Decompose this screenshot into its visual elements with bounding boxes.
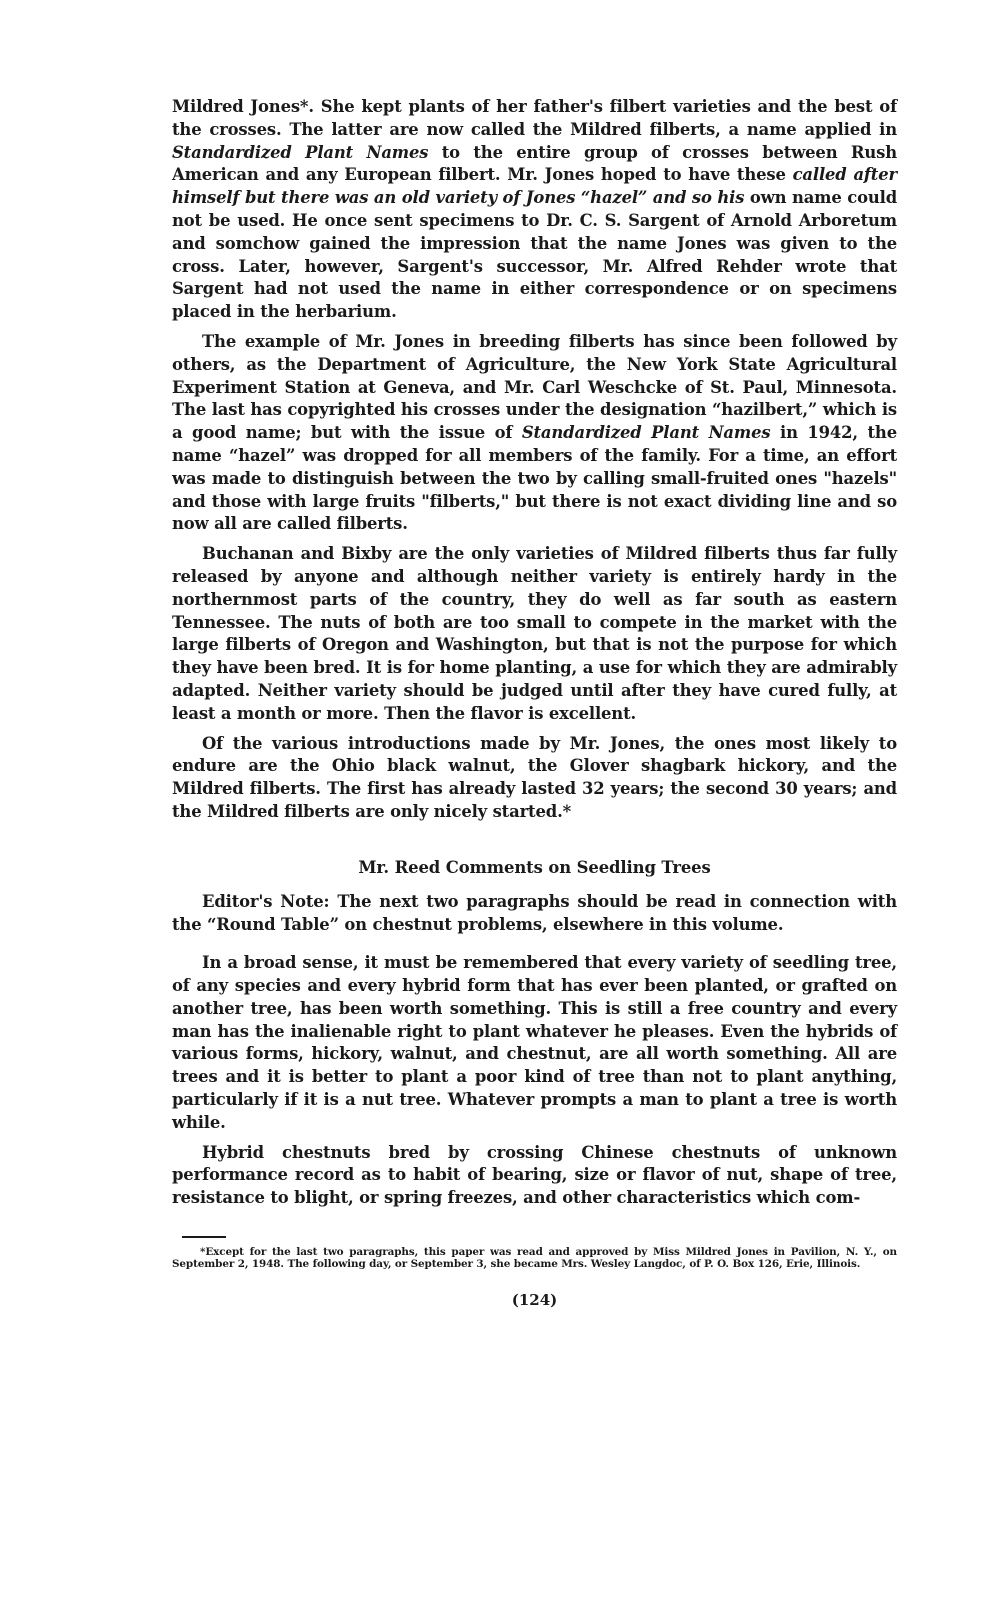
paragraph-text: Mildred Jones*. She kept plants of her f… — [172, 97, 897, 139]
paragraph-text: Of the various introductions made by Mr.… — [172, 734, 897, 821]
paragraph-text: Hybrid chestnuts bred by crossing Chines… — [172, 1143, 897, 1208]
paragraph-hybrid-chestnuts: Hybrid chestnuts bred by crossing Chines… — [172, 1142, 897, 1210]
paragraph-introductions: Of the various introductions made by Mr.… — [172, 733, 897, 824]
editor-note: Editor's Note: The next two paragraphs s… — [172, 891, 897, 937]
book-title-italic: Standardized Plant Names — [522, 423, 771, 442]
footnote: *Except for the last two paragraphs, thi… — [172, 1246, 897, 1271]
paragraph-buchanan-bixby: Buchanan and Bixby are the only varietie… — [172, 543, 897, 725]
paragraph-broad-sense: In a broad sense, it must be remembered … — [172, 952, 897, 1134]
book-title-italic: Standardized Plant Names — [172, 143, 428, 162]
body-top: Mildred Jones*. She kept plants of her f… — [172, 96, 897, 824]
editor-note-label: Editor's Note: — [202, 892, 329, 911]
paragraph-mildred-filberts: Mildred Jones*. She kept plants of her f… — [172, 96, 897, 324]
body-bottom: In a broad sense, it must be remembered … — [172, 952, 897, 1210]
paragraph-text: In a broad sense, it must be remembered … — [172, 953, 897, 1132]
paragraph-text: Buchanan and Bixby are the only varietie… — [172, 544, 897, 723]
page-number: (124) — [172, 1291, 897, 1309]
section-title: Mr. Reed Comments on Seedling Trees — [172, 858, 897, 877]
document-page: Mildred Jones*. She kept plants of her f… — [172, 96, 897, 1309]
paragraph-breeding-followers: The example of Mr. Jones in breeding fil… — [172, 331, 897, 536]
paragraph-text: own name could not be used. He once sent… — [172, 188, 897, 321]
footnote-divider — [182, 1236, 226, 1238]
